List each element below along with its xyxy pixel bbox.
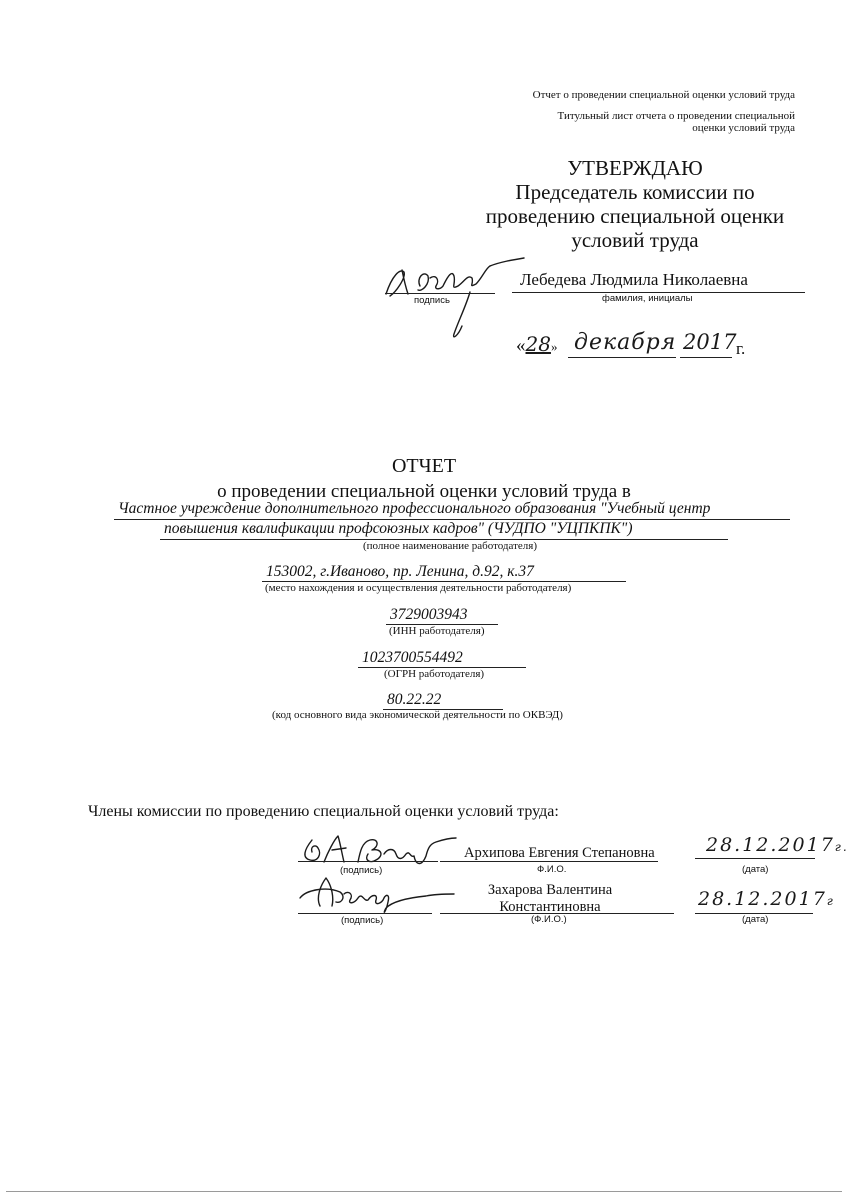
- document-label: Отчет о проведении специальной оценки ус…: [395, 89, 795, 101]
- chairman-name-caption: фамилия, инициалы: [602, 293, 692, 304]
- employer-address: 153002, г.Иваново, пр. Ленина, д.92, к.3…: [266, 563, 534, 581]
- member-2-signature: [296, 872, 456, 917]
- chairman-signature: [378, 256, 528, 346]
- date-close-quote: »: [551, 339, 558, 354]
- chairman-position-line1: Председатель комиссии по: [470, 180, 800, 204]
- section-label-line2: оценки условий труда: [395, 122, 795, 134]
- member-2-date: 28.12.2017г: [698, 888, 835, 910]
- chairman-position-line2: проведению специальной оценки: [470, 204, 800, 228]
- okved-caption: (код основного вида экономической деятел…: [272, 709, 563, 721]
- chairman-position-line3: условий труда: [470, 228, 800, 252]
- date-suffix: г.: [736, 339, 745, 359]
- date-month: декабря: [574, 330, 676, 355]
- member-1-date-value: 28.12.2017: [706, 834, 835, 856]
- ogrn-caption: (ОГРН работодателя): [384, 668, 484, 680]
- chairman-name: Лебедева Людмила Николаевна: [520, 270, 748, 290]
- employer-caption: (полное наименование работодателя): [300, 540, 600, 552]
- member-1-date-line: [695, 858, 815, 859]
- report-title: ОТЧЕТ: [0, 455, 848, 478]
- member-2-signature-caption: (подпись): [341, 915, 383, 926]
- member-1-date-caption: (дата): [742, 864, 768, 875]
- date-year-line: [680, 357, 732, 358]
- employer-inn: 3729003943: [390, 606, 468, 624]
- approve-heading: УТВЕРЖДАЮ: [470, 156, 800, 180]
- approval-block: УТВЕРЖДАЮ Председатель комиссии по прове…: [470, 156, 800, 252]
- member-1-date: 28.12.2017г.: [706, 834, 848, 856]
- member-2-signature-line: [298, 913, 432, 914]
- member-1-name-caption: Ф.И.О.: [537, 864, 566, 875]
- member-1-date-suffix: г.: [835, 840, 848, 854]
- member-2-name-line1: Захарова Валентина: [440, 882, 660, 899]
- employer-okved: 80.22.22: [387, 691, 441, 709]
- approval-date: «28»: [516, 332, 557, 357]
- section-label-line1: Титульный лист отчета о проведении специ…: [395, 110, 795, 122]
- member-2-name-caption: (Ф.И.О.): [531, 914, 567, 925]
- chairman-signature-line: [385, 293, 495, 294]
- member-2-name: Захарова Валентина Константиновна: [440, 882, 660, 916]
- member-2-date-value: 28.12.2017: [698, 888, 827, 910]
- member-2-date-caption: (дата): [742, 914, 768, 925]
- chairman-signature-caption: подпись: [414, 295, 450, 306]
- date-year: 2017: [683, 330, 736, 354]
- commission-heading: Члены комиссии по проведению специальной…: [88, 803, 559, 821]
- date-day: 28: [526, 332, 551, 356]
- member-1-name-line: [440, 861, 658, 862]
- member-2-date-suffix: г: [827, 894, 835, 908]
- date-month-line: [568, 357, 676, 358]
- inn-caption: (ИНН работодателя): [389, 625, 485, 637]
- employer-name-line2: повышения квалификации профсоюзных кадро…: [164, 520, 632, 538]
- page-bottom-rule: [6, 1191, 842, 1192]
- date-open-quote: «: [516, 335, 526, 356]
- member-1-name: Архипова Евгения Степановна: [464, 845, 655, 862]
- employer-name-line1: Частное учреждение дополнительного профе…: [118, 500, 798, 518]
- member-1-signature-line: [298, 861, 438, 862]
- section-label: Титульный лист отчета о проведении специ…: [395, 110, 795, 134]
- employer-ogrn: 1023700554492: [362, 649, 463, 667]
- address-caption: (место нахождения и осуществления деятел…: [265, 582, 571, 594]
